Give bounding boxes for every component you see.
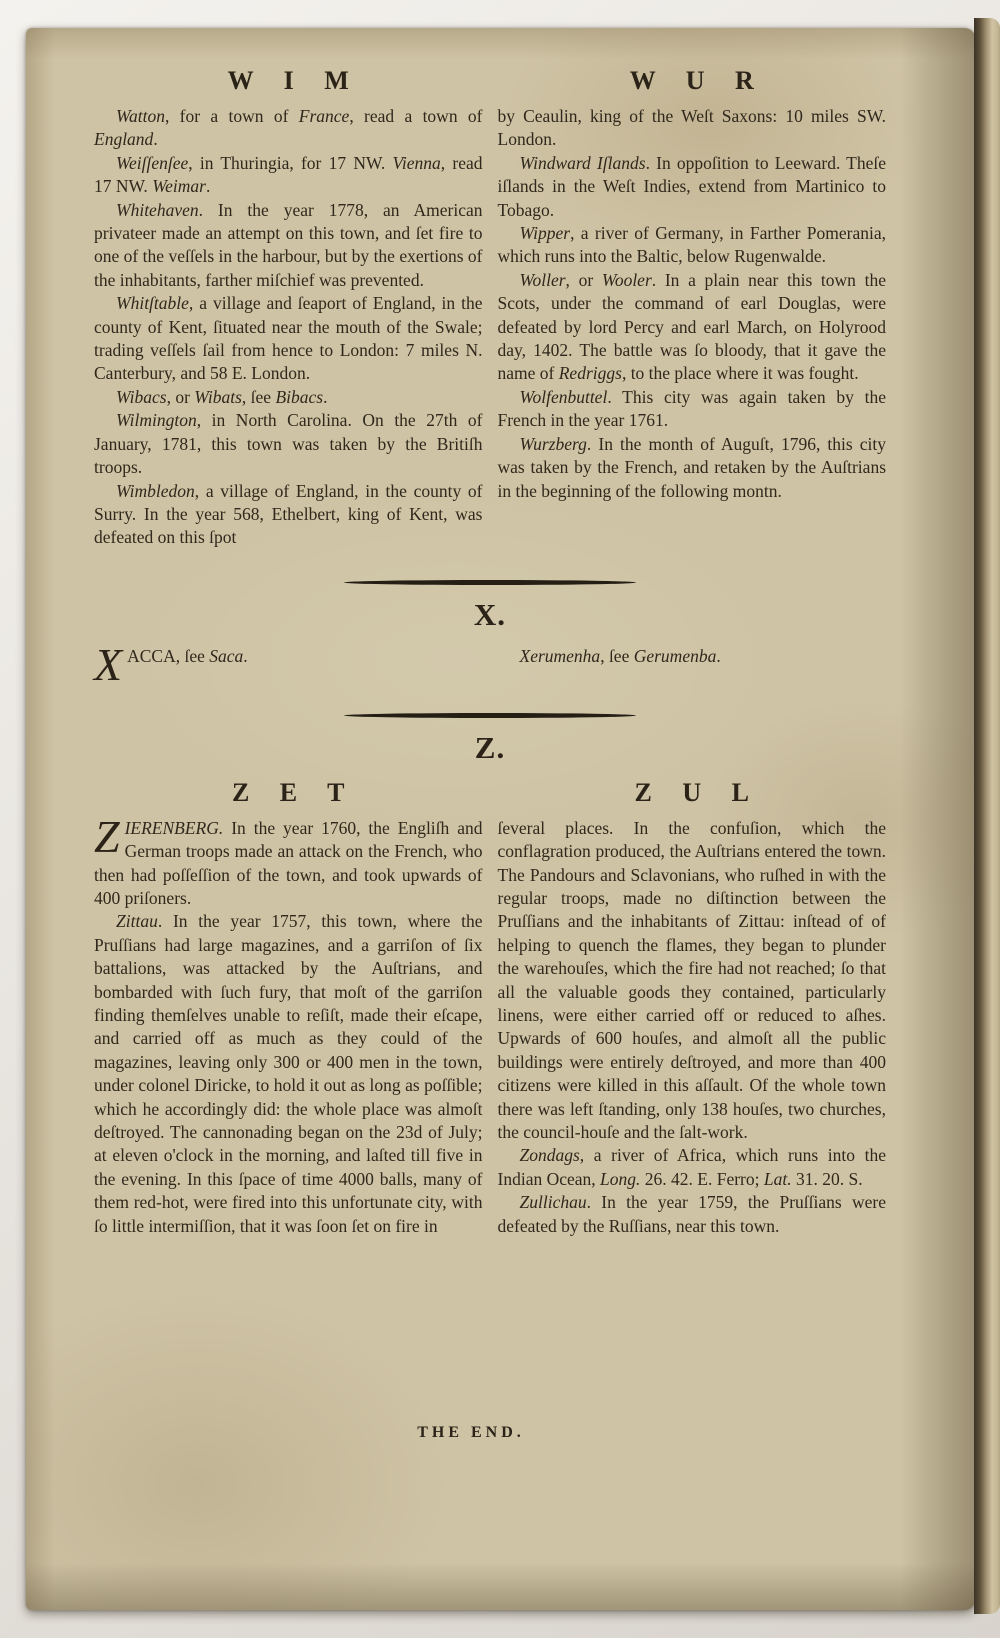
entry-segment: ſeveral places. In the confuſion, which … [498,818,887,1142]
entry-segment: Bibacs [275,387,323,407]
page-content: W I M Watton, for a town of France, read… [94,66,886,1238]
section-heading-x: X. [94,597,886,633]
section-heading-z: Z. [94,730,886,766]
entries-wur: by Ceaulin, king of the Weſt Saxons: 10 … [498,105,887,503]
entry-segment: France [299,106,350,126]
entry: Xerumenha, ſee Gerumenba. [498,645,887,668]
column-wur: W U R by Ceaulin, king of the Weſt Saxon… [498,66,887,550]
entry-segment: . In the year 1757, this town, where the… [94,911,483,1235]
entry-segment: Wibacs [116,387,167,407]
entry: ſeveral places. In the confuſion, which … [498,817,887,1145]
entries-x-right: Xerumenha, ſee Gerumenba. [498,645,887,668]
entry: by Ceaulin, king of the Weſt Saxons: 10 … [498,105,887,152]
section-z: Z E T ZIERENBERG. In the year 1760, the … [94,778,886,1238]
entry-segment: Redriggs [559,363,622,383]
entry-segment: Wibats [194,387,242,407]
entry-segment: , in Thuringia, for 17 NW. [188,153,392,173]
section-x: XACCA, ſee Saca. Xerumenha, ſee Gerumenb… [94,645,886,683]
column-header-zet: Z E T [94,778,483,808]
adjacent-page-edge [974,18,1000,1614]
column-x-right: Xerumenha, ſee Gerumenba. [498,645,887,683]
entry-segment: Wurzberg [520,434,587,454]
entry-segment: Wipper [520,223,571,243]
entry-segment: 31. 20. S. [792,1169,863,1189]
entry-segment: Long. [600,1169,640,1189]
entry-segment: , or [167,387,195,407]
entry-segment: Vienna [393,153,441,173]
column-wim: W I M Watton, for a town of France, read… [94,66,483,550]
entry-segment: England [94,129,153,149]
entry: XACCA, ſee Saca. [94,645,483,668]
entry-segment: Zullichau [520,1192,587,1212]
column-zet: Z E T ZIERENBERG. In the year 1760, the … [94,778,483,1238]
entry: Zullichau. In the year 1759, the Pruſſia… [498,1191,887,1238]
entry-segment: Xerumenha [520,646,601,666]
entry: Windward Iſlands. In oppoſition to Leewa… [498,152,887,222]
entry: Wimbledon, a village of England, in the … [94,480,483,550]
entry-segment: Weiſſenſee [116,153,188,173]
entry: Zittau. In the year 1757, this town, whe… [94,910,483,1238]
entry-segment: Zittau [116,911,158,931]
column-header-wur: W U R [498,66,887,96]
entries-zul: ſeveral places. In the confuſion, which … [498,817,887,1238]
entry-segment: . [323,387,327,407]
entry-segment: Wolfenbuttel [520,387,608,407]
dropcap-letter: Z [94,817,125,855]
entry: Zondags, a river of Africa, which runs i… [498,1144,887,1191]
entry-segment: , or [566,270,602,290]
entry-segment: Whitſtable [116,293,189,313]
entry: Weiſſenſee, in Thuringia, for 17 NW. Vie… [94,152,483,199]
entry-segment: , for a town of [165,106,299,126]
entry: Wurzberg. In the month of Auguſt, 1796, … [498,433,887,503]
section-divider-rule-2 [344,713,636,718]
entry-segment: Zondags [520,1145,580,1165]
entry-segment: . [716,646,720,666]
entry-segment: Lat. [764,1169,792,1189]
entries-x-left: XACCA, ſee Saca. [94,645,483,668]
entry-segment: Weimar [152,176,206,196]
entry-segment: ACCA, ſee [127,646,209,666]
entry-segment: , to the place where it was fought. [622,363,859,383]
footer-the-end: THE END. [26,1424,916,1442]
entry-segment: , read a town of [349,106,482,126]
entry: Wilmington, in North Carolina. On the 27… [94,409,483,479]
column-x-left: XACCA, ſee Saca. [94,645,483,683]
entry-segment: 26. 42. E. Ferro; [640,1169,763,1189]
dropcap-letter: X [94,645,127,683]
entry-segment: IERENBERG. [125,818,224,838]
entry-segment: Windward Iſlands [520,153,646,173]
entry: ZIERENBERG. In the year 1760, the Engliſ… [94,817,483,911]
entry: Wolfenbuttel. This city was again taken … [498,386,887,433]
entry: Whitſtable, a village and ſeaport of Eng… [94,292,483,386]
entry-segment: Whitehaven [116,200,199,220]
entry-segment: Woller [520,270,566,290]
column-zul: Z U L ſeveral places. In the confuſion, … [498,778,887,1238]
entry: Woller, or Wooler. In a plain near this … [498,269,887,386]
entry: Wibacs, or Wibats, ſee Bibacs. [94,386,483,409]
entry-segment: Wilmington [116,410,197,430]
entry: Watton, for a town of France, read a tow… [94,105,483,152]
entries-zet: ZIERENBERG. In the year 1760, the Engliſ… [94,817,483,1238]
column-header-zul: Z U L [498,778,887,808]
entry-segment: Wooler [602,270,652,290]
entry-segment: Saca [209,646,243,666]
entry-segment: . [153,129,157,149]
entries-wim: Watton, for a town of France, read a tow… [94,105,483,550]
entry-segment: . [206,176,210,196]
book-page: W I M Watton, for a town of France, read… [26,28,976,1610]
entry-segment: . [243,646,247,666]
entry: Whitehaven. In the year 1778, an America… [94,199,483,293]
entry-segment: Gerumenba [634,646,717,666]
section-w: W I M Watton, for a town of France, read… [94,66,886,550]
entry-segment: , ſee [600,646,634,666]
column-header-wim: W I M [94,66,483,96]
entry: Wipper, a river of Germany, in Farther P… [498,222,887,269]
entry-segment: , ſee [242,387,276,407]
entry-segment: by Ceaulin, king of the Weſt Saxons: 10 … [498,106,887,149]
entry-segment: Watton [116,106,165,126]
entry-segment: Wimbledon [116,481,195,501]
section-divider-rule [344,580,636,585]
